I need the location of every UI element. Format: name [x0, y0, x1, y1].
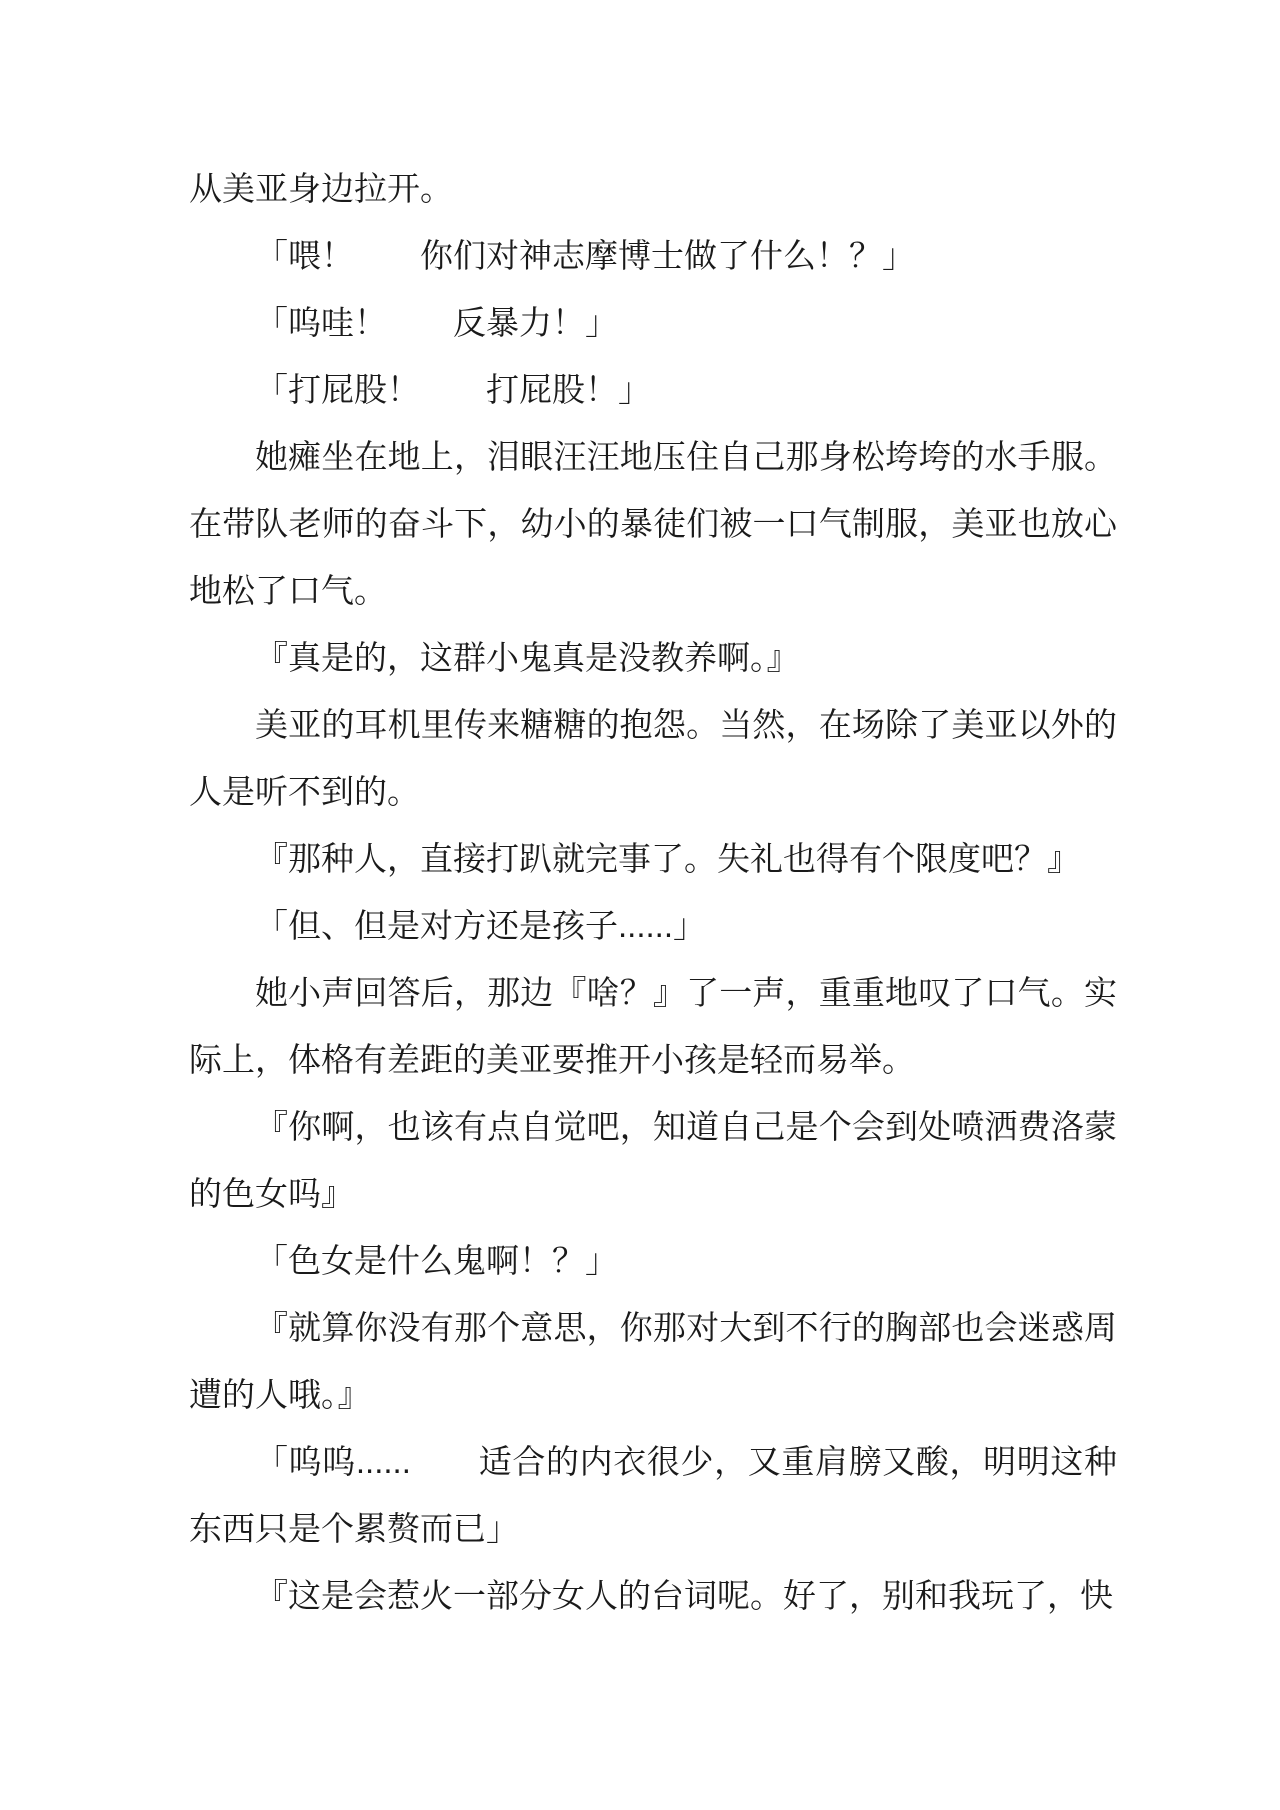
- paragraph: 「喂！ 你们对神志摩博士做了什么！？」: [189, 222, 1117, 289]
- paragraph: 『你啊，也该有点自觉吧，知道自己是个会到处喷洒费洛蒙的色女吗』: [189, 1093, 1117, 1227]
- paragraph: 「但、但是对方还是孩子......」: [189, 892, 1117, 959]
- paragraph: 「呜呜...... 适合的内衣很少，又重肩膀又酸，明明这种东西只是个累赘而已」: [189, 1428, 1117, 1562]
- paragraph: 美亚的耳机里传来糖糖的抱怨。当然，在场除了美亚以外的人是听不到的。: [189, 691, 1117, 825]
- paragraph: 「呜哇！ 反暴力！」: [189, 289, 1117, 356]
- paragraph: 「色女是什么鬼啊！？」: [189, 1227, 1117, 1294]
- paragraph: 『那种人，直接打趴就完事了。失礼也得有个限度吧？』: [189, 825, 1117, 892]
- paragraph: 「打屁股！ 打屁股！」: [189, 356, 1117, 423]
- paragraph: 『就算你没有那个意思，你那对大到不行的胸部也会迷惑周遭的人哦。』: [189, 1294, 1117, 1428]
- paragraph: 她小声回答后，那边『啥？』了一声，重重地叹了口气。实际上，体格有差距的美亚要推开…: [189, 959, 1117, 1093]
- paragraph: 『真是的，这群小鬼真是没教养啊。』: [189, 624, 1117, 691]
- novel-text-block: 从美亚身边拉开。「喂！ 你们对神志摩博士做了什么！？」「呜哇！ 反暴力！」「打屁…: [189, 155, 1117, 1629]
- paragraph: 从美亚身边拉开。: [189, 155, 1117, 222]
- paragraph: 她瘫坐在地上，泪眼汪汪地压住自己那身松垮垮的水手服。在带队老师的奋斗下，幼小的暴…: [189, 423, 1117, 624]
- document-page: 从美亚身边拉开。「喂！ 你们对神志摩博士做了什么！？」「呜哇！ 反暴力！」「打屁…: [0, 0, 1280, 1810]
- paragraph: 『这是会惹火一部分女人的台词呢。好了，别和我玩了，快: [189, 1562, 1117, 1629]
